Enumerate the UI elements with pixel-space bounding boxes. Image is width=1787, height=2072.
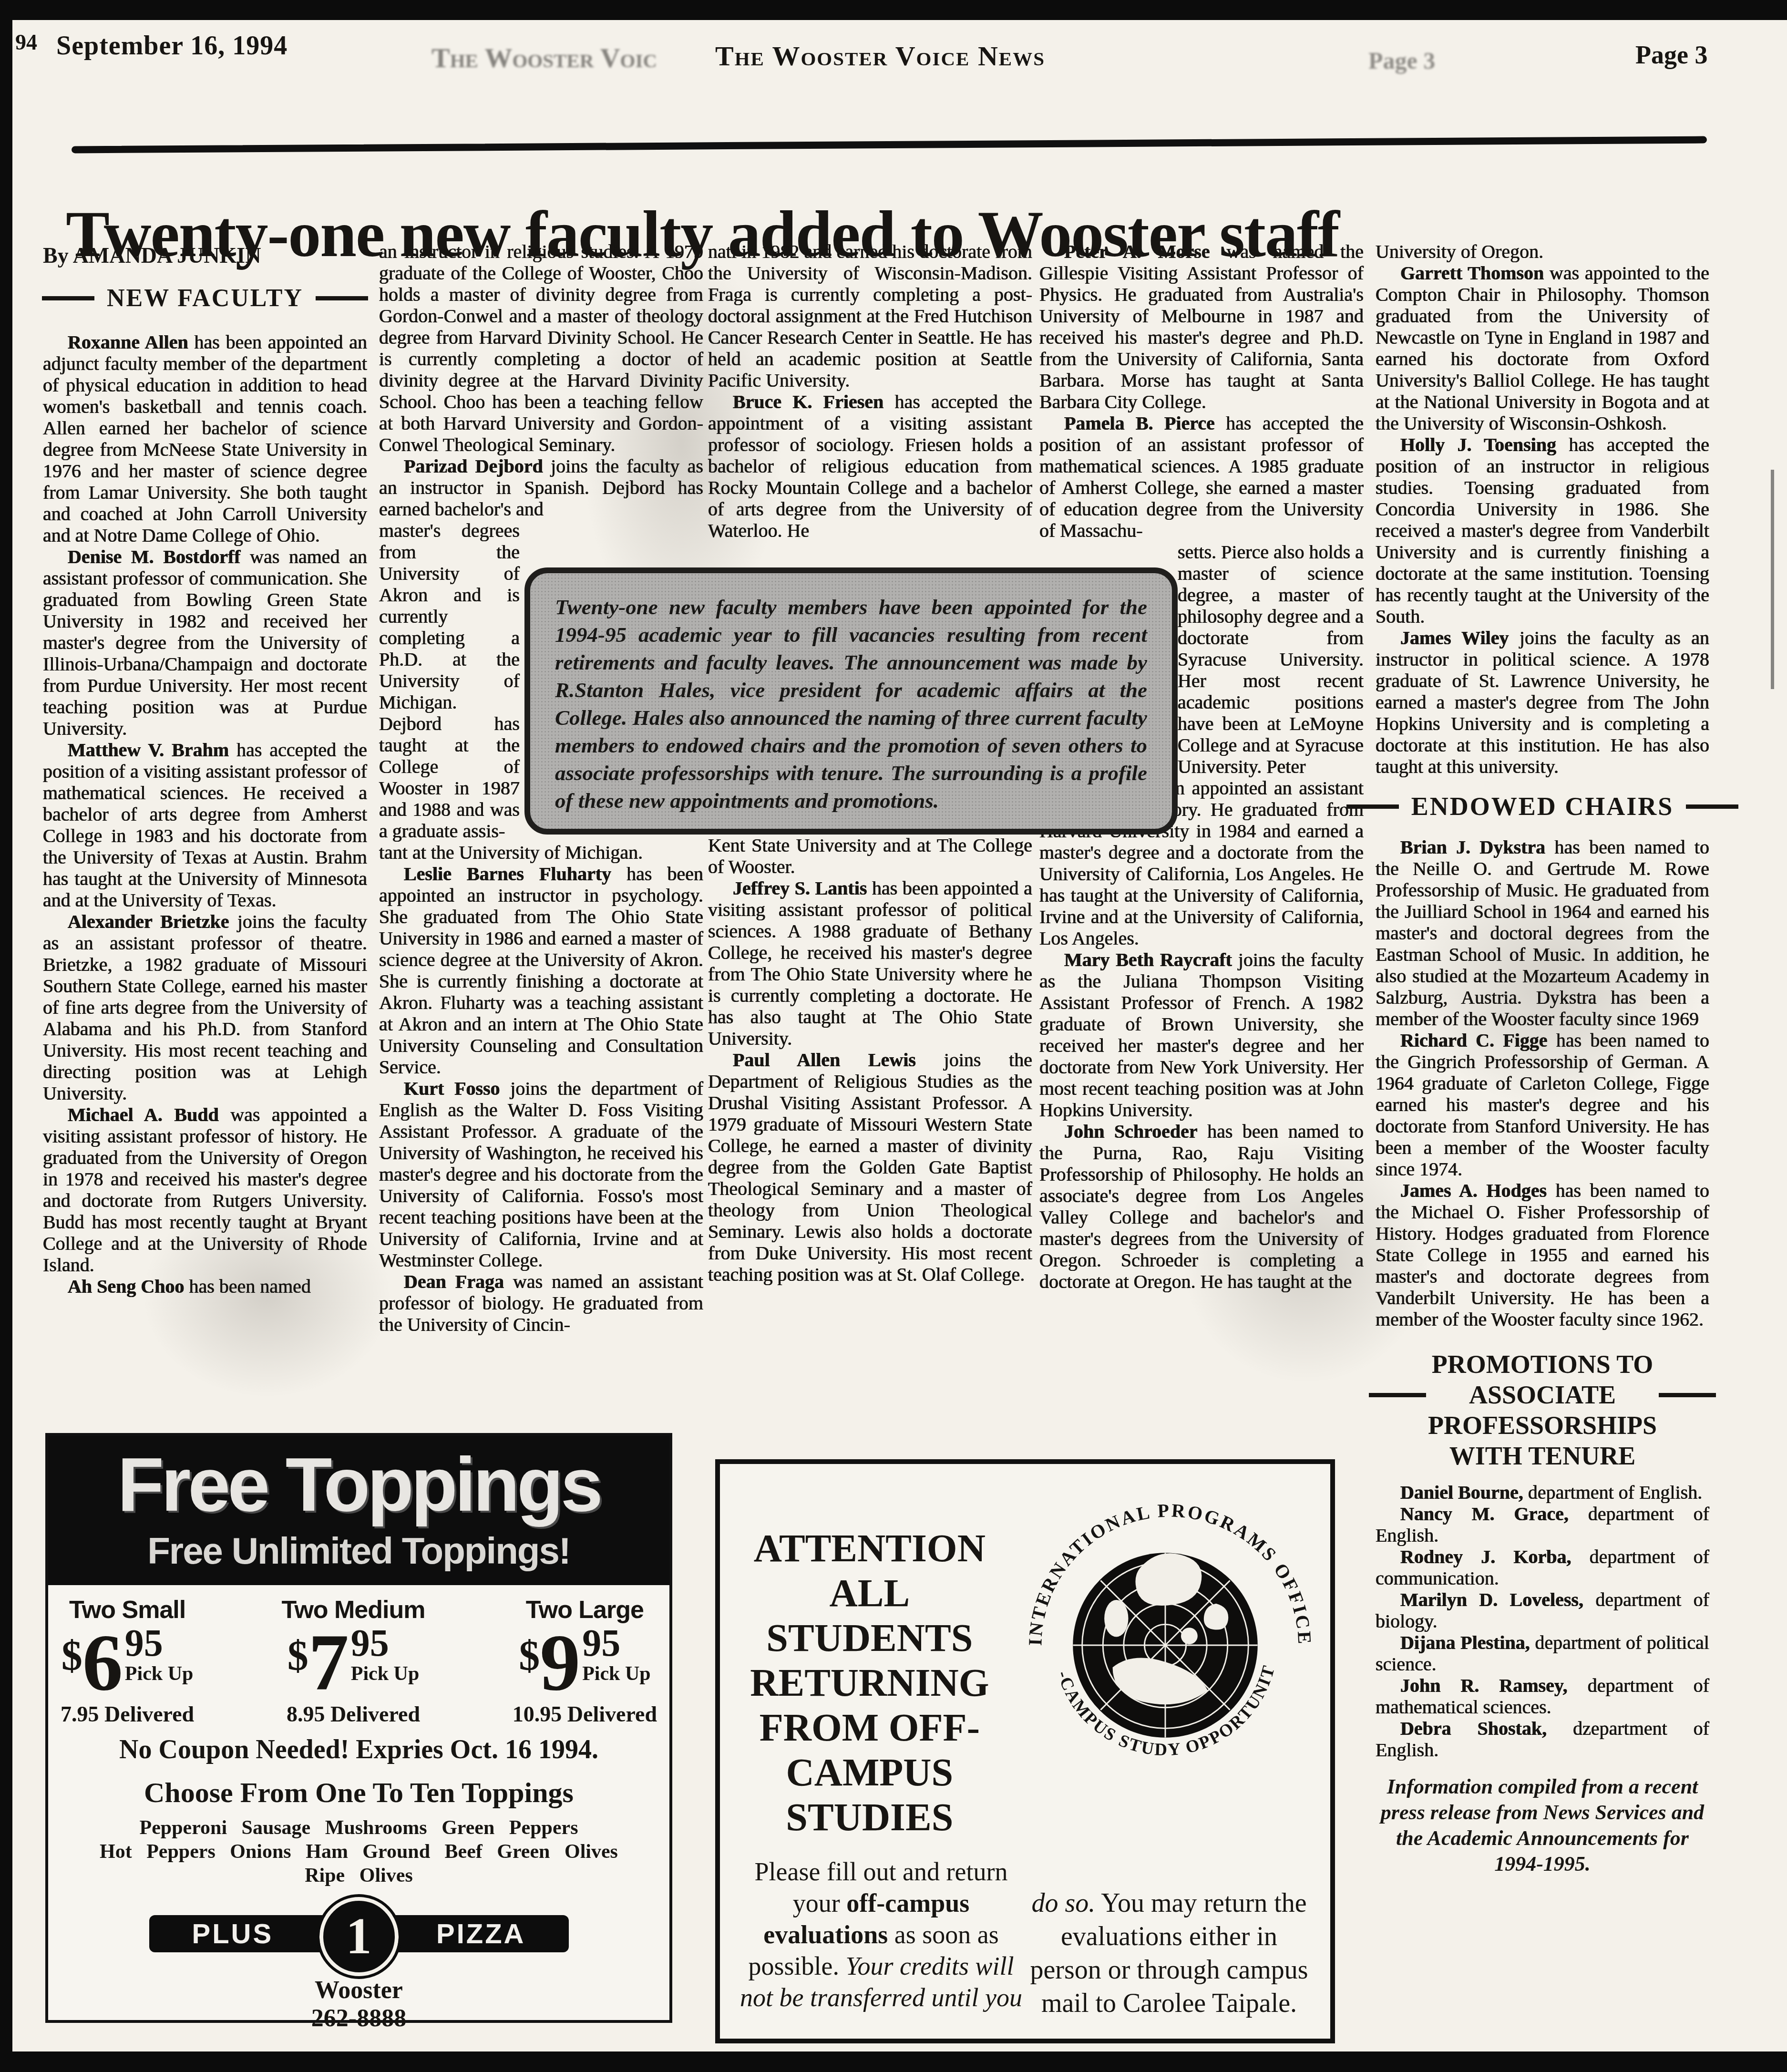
article-paragraph: Holly J. Toensing has accepted the posit…: [1376, 434, 1709, 627]
toppings-line: Ripe Olives: [48, 1864, 669, 1887]
person-name: Rodney J. Korba,: [1400, 1546, 1571, 1567]
deal-cents: 95: [351, 1625, 389, 1661]
person-name: Matthew V. Brahm: [68, 739, 229, 761]
logo-plus-label: PLUS: [192, 1918, 274, 1950]
logo-one-circle-icon: 1: [319, 1897, 399, 1976]
paragraph-text: has been named to the Gingrich Professor…: [1376, 1030, 1709, 1180]
wrap-text-beside-pullquote: master's degrees from the University of …: [379, 520, 520, 842]
person-name: Marilyn D. Loveless,: [1400, 1589, 1583, 1610]
section-header-line: PROMOTIONS TO: [1376, 1349, 1709, 1380]
person-name: Paul Allen Lewis: [733, 1049, 916, 1071]
newspaper-page: 94 September 16, 1994 The Wooster Voic T…: [0, 0, 1787, 2072]
pizza-phone: 262-8888: [48, 2004, 669, 2032]
deal-pickup-label: Pick Up: [582, 1662, 651, 1685]
issue-date: September 16, 1994: [56, 31, 288, 61]
article-paragraph: nati in 1982 and earned his doctorate fr…: [708, 241, 1032, 391]
scan-edge-top: [0, 0, 1787, 20]
deal-price: $ 9 95 Pick Up: [513, 1625, 657, 1700]
plus-one-pizza-logo: PLUS PIZZA 1: [149, 1897, 569, 1969]
article-paragraph: Bruce K. Friesen has accepted the appoin…: [708, 391, 1032, 541]
section-header-endowed-chairs: ENDOWED CHAIRS: [1376, 792, 1709, 821]
paragraph-list: University of Oregon.Garrett Thomson was…: [1376, 241, 1709, 777]
dollar-sign-icon: $: [62, 1632, 82, 1680]
attention-heading-line: RETURNING: [737, 1660, 1002, 1705]
article-paragraph: University of Oregon.: [1376, 241, 1709, 262]
article-paragraph: Jeffrey S. Lantis has been appointed a v…: [708, 877, 1032, 1049]
deal-pickup-label: Pick Up: [125, 1662, 194, 1685]
person-name: Kurt Fosso: [404, 1078, 500, 1099]
person-name: Jeffrey S. Lantis: [733, 877, 867, 899]
paragraph-text: has been named to the Purna, Rao, Raju V…: [1039, 1121, 1364, 1292]
pizza-deals-row: Two Small $ 6 95 Pick Up 7.95 Delivered …: [48, 1585, 669, 1727]
logo-one-numeral: 1: [346, 1911, 372, 1962]
article-paragraph: Roxanne Allen has been appointed an adju…: [43, 331, 367, 546]
promotion-item: Rodney J. Korba, department of communica…: [1376, 1546, 1709, 1589]
paragraph-text: was named an assistant professor of comm…: [43, 546, 367, 739]
paragraph-text: nati in 1982 and earned his doctorate fr…: [708, 241, 1032, 391]
paragraph-text: joins the Department of Religious Studie…: [708, 1049, 1032, 1285]
paragraph-text: joins the department of English as the W…: [379, 1078, 703, 1271]
choose-toppings-line: Choose From One To Ten Toppings: [48, 1776, 669, 1809]
edge-page-number: 94: [15, 30, 37, 55]
article-paragraph: John Schroeder has been named to the Pur…: [1039, 1121, 1364, 1292]
dollar-sign-icon: $: [288, 1632, 308, 1680]
pizza-advertisement: Free Toppings Free Unlimited Toppings! T…: [45, 1433, 672, 2023]
article-paragraph: Dean Fraga was named an assistant profes…: [379, 1271, 703, 1335]
promotion-text: department of English.: [1523, 1482, 1702, 1503]
paragraph-text: has been named: [185, 1276, 311, 1297]
paragraph-list: Brian J. Dykstra has been named to the N…: [1376, 836, 1709, 1330]
pizza-deal: Two Medium $ 7 95 Pick Up 8.95 Delivered: [281, 1596, 425, 1727]
promotion-item: Dijana Plestina, department of political…: [1376, 1632, 1709, 1675]
promotion-item: Daniel Bourne, department of English.: [1376, 1482, 1709, 1503]
paragraph-list: nati in 1982 and earned his doctorate fr…: [708, 241, 1032, 541]
paragraph-text: joins the faculty as an assistant profes…: [43, 911, 367, 1104]
section-header-line: PROFESSORSHIPS: [1376, 1410, 1709, 1441]
toppings-line: Hot Peppers Onions Ham Ground Beef Green…: [48, 1840, 669, 1864]
wrap-text-beside-pullquote: setts. Pierce also holds a master of sci…: [1178, 541, 1364, 777]
article-footnote: Information compiled from a recent press…: [1376, 1774, 1709, 1877]
paragraph-text: joins the faculty as an instructor in po…: [1376, 627, 1709, 777]
paragraph-list: an instructor in religious studies. A 19…: [379, 241, 703, 520]
scan-edge-left: [0, 0, 12, 2072]
deal-price: $ 6 95 Pick Up: [61, 1625, 194, 1700]
paragraph-text: has been named to the Michael O. Fisher …: [1376, 1180, 1709, 1330]
pizza-ad-subtitle: Free Unlimited Toppings!: [52, 1529, 666, 1573]
paragraph-list: Pozefsky has been appointed an assistant…: [1039, 777, 1364, 1292]
article-paragraph: Garrett Thomson was appointed to the Com…: [1376, 262, 1709, 434]
person-name: Pamela B. Pierce: [1064, 412, 1215, 434]
masthead-title-ghost: The Wooster Voic: [431, 42, 657, 74]
section-header-label: NEW FACULTY: [107, 284, 303, 312]
paragraph-text: University of Oregon.: [1376, 241, 1543, 262]
deal-pickup-label: Pick Up: [351, 1662, 420, 1685]
deal-size-label: Two Medium: [281, 1596, 425, 1624]
deal-cents: 95: [582, 1625, 620, 1661]
article-paragraph: Peter A. Morse was named the Gillespie V…: [1039, 241, 1364, 412]
deal-dollars: 9: [540, 1625, 580, 1700]
article-paragraph: Michael A. Budd was appointed a visiting…: [43, 1104, 367, 1276]
paragraph-list: Roxanne Allen has been appointed an adju…: [43, 331, 367, 1297]
deal-size-label: Two Small: [61, 1596, 194, 1624]
article-paragraph: James A. Hodges has been named to the Mi…: [1376, 1180, 1709, 1330]
person-name: Parizad Dejbord: [404, 455, 543, 477]
article-paragraph: Parizad Dejbord joins the faculty as an …: [379, 455, 703, 520]
person-name: Dijana Plestina,: [1400, 1632, 1530, 1653]
promotions-list: Daniel Bourne, department of English.Nan…: [1376, 1482, 1709, 1761]
article-paragraph: tant at the University of Michigan.: [379, 842, 703, 863]
paragraph-text: has been appointed an adjunct faculty me…: [43, 331, 367, 546]
person-name: Garrett Thomson: [1400, 262, 1544, 284]
paragraph-list: tant at the University of Michigan.Lesli…: [379, 842, 703, 1335]
toppings-list: Pepperoni Sausage Mushrooms Green Pepper…: [48, 1816, 669, 1887]
deal-dollars: 7: [308, 1625, 349, 1700]
article-paragraph: Matthew V. Brahm has accepted the positi…: [43, 739, 367, 911]
paragraph-text: has been appointed a visiting assistant …: [708, 877, 1032, 1049]
pizza-deal: Two Large $ 9 95 Pick Up 10.95 Delivered: [513, 1596, 657, 1727]
promotion-item: Nancy M. Grace, department of English.: [1376, 1503, 1709, 1546]
masthead-rule: [72, 136, 1707, 154]
article-paragraph: setts. Pierce also holds a master of sci…: [1178, 541, 1364, 777]
section-header-promotions: PROMOTIONS TOASSOCIATEPROFESSORSHIPSWITH…: [1376, 1349, 1709, 1471]
section-header-line: ASSOCIATE: [1376, 1380, 1709, 1410]
article-paragraph: James Wiley joins the faculty as an inst…: [1376, 627, 1709, 777]
international-programs-globe-icon: INTERNATIONAL PROGRAMS OFFICE • OFF-CAMP…: [1017, 1497, 1313, 1840]
article-paragraph: Leslie Barnes Fluharty has been appointe…: [379, 863, 703, 1078]
person-name: James A. Hodges: [1400, 1180, 1547, 1201]
article-paragraph: Paul Allen Lewis joins the Department of…: [708, 1049, 1032, 1285]
masthead-title: The Wooster Voice News: [715, 40, 1045, 72]
attention-heading-line: ATTENTION: [737, 1526, 1002, 1571]
person-name: Mary Beth Raycraft: [1064, 949, 1232, 970]
attention-text-left: Please fill out and return your off-camp…: [737, 1856, 1025, 2020]
pizza-deal: Two Small $ 6 95 Pick Up 7.95 Delivered: [61, 1596, 194, 1727]
deal-dollars: 6: [82, 1625, 123, 1700]
deal-cents: 95: [125, 1625, 163, 1661]
promotion-item: John R. Ramsey, department of mathematic…: [1376, 1675, 1709, 1718]
pizza-ad-banner: Free Toppings Free Unlimited Toppings!: [48, 1436, 669, 1585]
paragraph-text: has been named to the Neille O. and Gert…: [1376, 836, 1709, 1030]
attention-advertisement: ATTENTIONALLSTUDENTSRETURNINGFROM OFF-CA…: [715, 1459, 1335, 2043]
paragraph-text: was named the Gillespie Visiting Assista…: [1039, 241, 1364, 412]
person-name: Richard C. Figge: [1400, 1030, 1548, 1051]
paragraph-text: was appointed a visiting assistant profe…: [43, 1104, 367, 1276]
page-number: Page 3: [1635, 40, 1707, 70]
attention-text-right: do so. You may return the evaluations ei…: [1025, 1856, 1313, 2020]
pizza-city: Wooster: [48, 1976, 669, 2004]
person-name: Dean Fraga: [404, 1271, 504, 1292]
person-name: Leslie Barnes Fluharty: [404, 863, 611, 885]
page-number-ghost: Page 3: [1368, 47, 1435, 74]
person-name: Holly J. Toensing: [1400, 434, 1556, 455]
deal-delivered-price: 10.95 Delivered: [513, 1701, 657, 1727]
attention-heading-line: STUDENTS: [737, 1616, 1002, 1660]
person-name: Nancy M. Grace,: [1400, 1503, 1569, 1525]
section-header-label: ENDOWED CHAIRS: [1411, 792, 1674, 821]
person-name: Bruce K. Friesen: [733, 391, 883, 412]
article-column-1: By AMANDA JUNKIN NEW FACULTY Roxanne All…: [43, 241, 367, 1297]
scan-artifact-right: [1771, 470, 1774, 689]
paragraph-text: tant at the University of Michigan.: [379, 842, 643, 863]
attention-heading-line: CAMPUS: [737, 1750, 1002, 1795]
article-paragraph: Brian J. Dykstra has been named to the N…: [1376, 836, 1709, 1030]
toppings-line: Pepperoni Sausage Mushrooms Green Pepper…: [48, 1816, 669, 1840]
attention-text-italic: do so.: [1031, 1888, 1095, 1918]
article-paragraph: Mary Beth Raycraft joins the faculty as …: [1039, 949, 1364, 1121]
person-name: Debra Shostak,: [1400, 1718, 1547, 1739]
paragraph-text: has accepted the appointment of a visiti…: [708, 391, 1032, 541]
person-name: Roxanne Allen: [68, 331, 188, 353]
section-header-new-faculty: NEW FACULTY: [43, 284, 367, 312]
logo-pizza-label: PIZZA: [436, 1918, 526, 1950]
paragraph-text: joins the faculty as the Juliana Thompso…: [1039, 949, 1364, 1121]
deal-delivered-price: 8.95 Delivered: [281, 1701, 425, 1727]
attention-heading-line: FROM OFF-: [737, 1705, 1002, 1750]
paragraph-text: has accepted the position of an instruct…: [1376, 434, 1709, 627]
article-column-5: University of Oregon.Garrett Thomson was…: [1376, 241, 1709, 1877]
person-name: John Schroeder: [1064, 1121, 1198, 1142]
pizza-ad-title: Free Toppings: [52, 1446, 666, 1523]
coupon-line: No Coupon Needed! Expries Oct. 16 1994.: [48, 1734, 669, 1765]
person-name: Brian J. Dykstra: [1400, 836, 1545, 858]
paragraph-list: earned his master's degree and his docto…: [708, 770, 1032, 1285]
paragraph-text: was appointed to the Compton Chair in Ph…: [1376, 262, 1709, 434]
article-paragraph: Denise M. Bostdorff was named an assista…: [43, 546, 367, 739]
person-name: Peter A. Morse: [1064, 241, 1210, 262]
article-paragraph: Pamela B. Pierce has accepted the positi…: [1039, 412, 1364, 541]
article-paragraph: Kurt Fosso joins the department of Engli…: [379, 1078, 703, 1271]
article-paragraph: Richard C. Figge has been named to the G…: [1376, 1030, 1709, 1180]
paragraph-text: has accepted the position of a visiting …: [43, 739, 367, 911]
person-name: James Wiley: [1400, 627, 1509, 649]
person-name: Ah Seng Choo: [68, 1276, 185, 1297]
paragraph-text: an instructor in religious studies. A 19…: [379, 241, 703, 455]
section-header-line: WITH TENURE: [1376, 1441, 1709, 1471]
deal-price: $ 7 95 Pick Up: [281, 1625, 425, 1700]
article-paragraph: an instructor in religious studies. A 19…: [379, 241, 703, 455]
attention-heading-line: STUDIES: [737, 1795, 1002, 1840]
deal-size-label: Two Large: [513, 1596, 657, 1624]
deal-delivered-price: 7.95 Delivered: [61, 1701, 194, 1727]
attention-heading-line: ALL: [737, 1571, 1002, 1616]
paragraph-list: Peter A. Morse was named the Gillespie V…: [1039, 241, 1364, 541]
person-name: Denise M. Bostdorff: [68, 546, 241, 567]
pull-quote-box: Twenty-one new faculty members have been…: [524, 567, 1178, 835]
person-name: Alexander Brietzke: [68, 911, 229, 932]
attention-heading: ATTENTIONALLSTUDENTSRETURNINGFROM OFF-CA…: [737, 1478, 1002, 1840]
person-name: John R. Ramsey,: [1400, 1675, 1568, 1696]
person-name: Daniel Bourne,: [1400, 1482, 1523, 1503]
paragraph-text: has been appointed an instructor in psyc…: [379, 863, 703, 1078]
article-paragraph: Alexander Brietzke joins the faculty as …: [43, 911, 367, 1104]
article-paragraph: Ah Seng Choo has been named: [43, 1276, 367, 1297]
promotion-item: Debra Shostak, dzepartment of English.: [1376, 1718, 1709, 1761]
dollar-sign-icon: $: [519, 1632, 540, 1680]
promotion-item: Marilyn D. Loveless, department of biolo…: [1376, 1589, 1709, 1632]
byline: By AMANDA JUNKIN: [43, 243, 367, 268]
article-paragraph: master's degrees from the University of …: [379, 520, 520, 842]
scan-edge-bottom: [0, 2051, 1787, 2072]
person-name: Michael A. Budd: [68, 1104, 219, 1125]
